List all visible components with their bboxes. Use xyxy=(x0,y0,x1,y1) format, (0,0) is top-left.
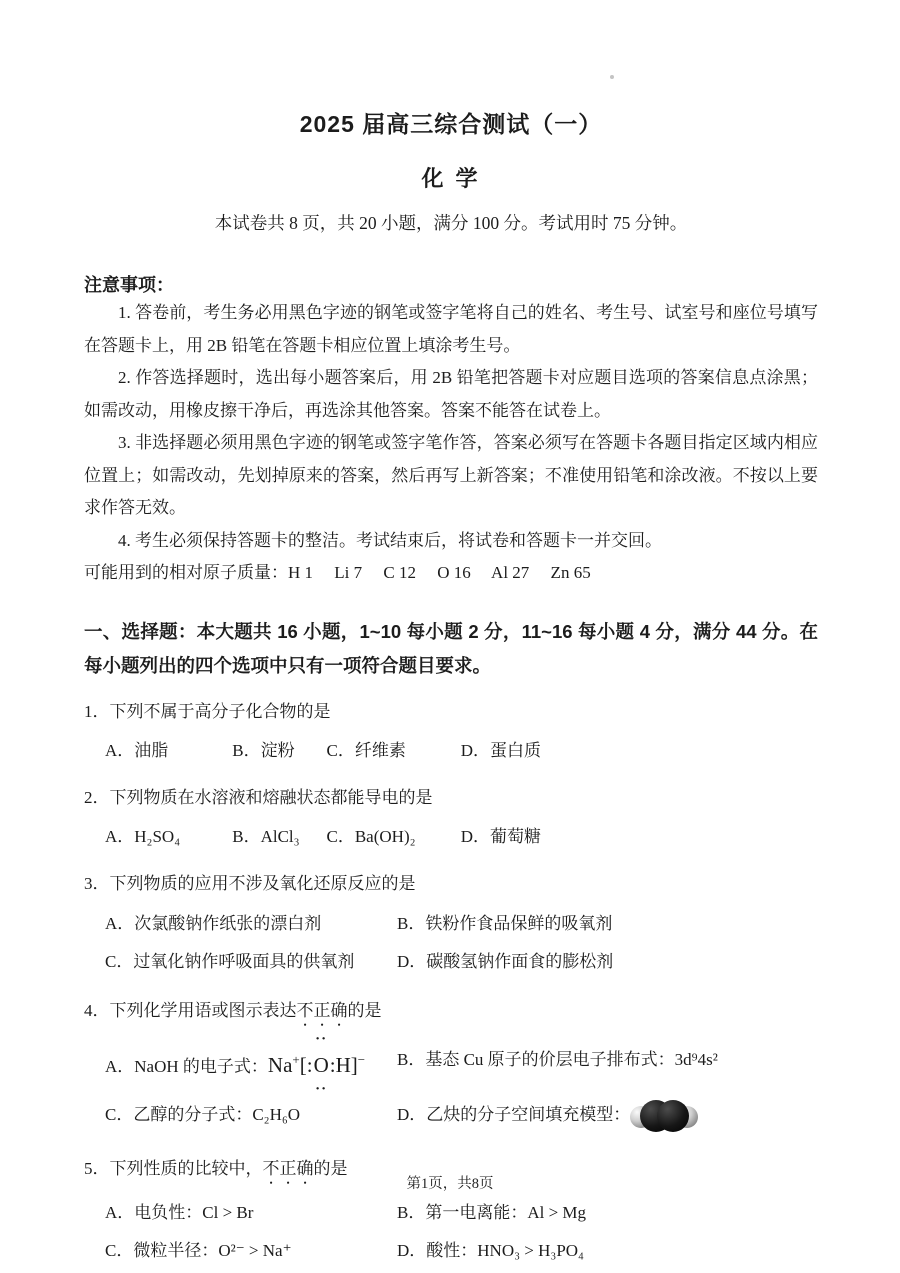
option-d: D．蛋白质 xyxy=(461,734,541,768)
option-b: B．第一电离能：Al > Mg xyxy=(397,1194,818,1232)
question-text: 下列化学用语或图示表达 xyxy=(110,1001,297,1020)
option-b: B．铁粉作食品保鲜的吸氧剂 xyxy=(397,905,818,943)
question-stem: 1．下列不属于高分子化合物的是 xyxy=(84,697,818,727)
question-number: 3． xyxy=(84,869,110,899)
question-3: 3．下列物质的应用不涉及氧化还原反应的是 A．次氯酸钠作纸张的漂白剂 B．铁粉作… xyxy=(84,869,818,981)
question-stem: 3．下列物质的应用不涉及氧化还原反应的是 xyxy=(84,869,818,899)
exam-meta: 本试卷共 8 页，共 20 小题，满分 100 分。考试用时 75 分钟。 xyxy=(84,210,818,235)
atomic-mass-line: 可能用到的相对原子质量：H 1 Li 7 C 12 O 16 Al 27 Zn … xyxy=(84,557,818,589)
option-d: D．乙炔的分子空间填充模型： xyxy=(397,1091,818,1139)
formula-bracket-open: [: xyxy=(300,1053,313,1077)
lone-pair-dots-top: ·· xyxy=(315,1032,327,1047)
option-c: C．过氧化钠作呼吸面具的供氧剂 xyxy=(105,943,397,981)
option-label: D．乙炔的分子空间填充模型： xyxy=(397,1105,630,1124)
option-a: A．电负性：Cl > Br xyxy=(105,1194,397,1232)
formula-minus-charge: − xyxy=(358,1052,365,1067)
options-row: A．油脂 B．淀粉 C．纤维素 D．蛋白质 xyxy=(84,734,818,768)
atomic-mass-label: 可能用到的相对原子质量： xyxy=(84,563,288,582)
option-a: A．H₂SO₄ xyxy=(105,820,228,854)
option-c: C．微粒半径：O²⁻ > Na⁺ xyxy=(105,1232,397,1270)
notice-item-2: 2. 作答选择题时，选出每小题答案后，用 2B 铅笔把答题卡对应题目选项的答案信… xyxy=(84,362,818,427)
lone-pair-dots-bottom: ·· xyxy=(315,1082,327,1097)
naoh-electron-formula: Na+[:··O··:H]− xyxy=(268,1053,365,1077)
formula-na: Na xyxy=(268,1053,293,1077)
question-text: 下列不属于高分子化合物的是 xyxy=(110,702,331,721)
notice-heading: 注意事项： xyxy=(84,271,818,297)
notice-item-3: 3. 非选择题必须用黑色字迹的钢笔或签字笔作答，答案必须写在答题卡各题目指定区域… xyxy=(84,427,818,525)
oxygen-with-lone-pairs: ··O·· xyxy=(313,1041,330,1089)
section-heading: 一、选择题：本大题共 16 小题，1~10 每小题 2 分，11~16 每小题 … xyxy=(84,615,818,682)
question-text: 下列物质在水溶液和熔融状态都能导电的是 xyxy=(110,788,433,807)
option-label: A．NaOH 的电子式： xyxy=(105,1057,268,1076)
question-number: 4． xyxy=(84,996,110,1026)
option-d: D．葡萄糖 xyxy=(461,820,541,854)
notice-item-4: 4. 考生必须保持答题卡的整洁。考试结束后，将试卷和答题卡一并交回。 xyxy=(84,525,818,558)
question-1: 1．下列不属于高分子化合物的是 A．油脂 B．淀粉 C．纤维素 D．蛋白质 xyxy=(84,697,818,768)
option-b: B．淀粉 xyxy=(232,734,322,768)
option-a: A．次氯酸钠作纸张的漂白剂 xyxy=(105,905,397,943)
notice-item-1: 1. 答卷前，考生务必用黑色字迹的钢笔或签字笔将自己的姓名、考生号、试室号和座位… xyxy=(84,297,818,362)
option-b: B．AlCl₃ xyxy=(232,820,322,854)
question-4: 4．下列化学用语或图示表达不正确的是 A．NaOH 的电子式：Na+[:··O·… xyxy=(84,996,818,1139)
option-a: A．NaOH 的电子式：Na+[:··O··:H]− xyxy=(105,1036,397,1091)
subject-title: 化 学 xyxy=(84,162,818,193)
scan-speck xyxy=(610,75,614,79)
question-stem: 4．下列化学用语或图示表达不正确的是 xyxy=(84,996,818,1030)
question-text: 的是 xyxy=(348,1001,382,1020)
question-2: 2．下列物质在水溶液和熔融状态都能导电的是 A．H₂SO₄ B．AlCl₃ C．… xyxy=(84,783,818,854)
page-content: 2025 届高三综合测试（一） 化 学 本试卷共 8 页，共 20 小题，满分 … xyxy=(0,0,900,1270)
exam-page: 2025 届高三综合测试（一） 化 学 本试卷共 8 页，共 20 小题，满分 … xyxy=(0,0,900,1273)
options-grid: A．NaOH 的电子式：Na+[:··O··:H]− B．基态 Cu 原子的价层… xyxy=(84,1036,818,1139)
options-grid: A．电负性：Cl > Br B．第一电离能：Al > Mg C．微粒半径：O²⁻… xyxy=(84,1194,818,1270)
option-c: C．乙醇的分子式：C₂H₆O xyxy=(105,1091,397,1139)
option-d: D．酸性：HNO₃ > H₃PO₄ xyxy=(397,1232,818,1270)
option-b: B．基态 Cu 原子的价层电子排布式：3d⁹4s² xyxy=(397,1036,818,1091)
formula-bracket-close: :H] xyxy=(330,1053,358,1077)
question-text: 下列物质的应用不涉及氧化还原反应的是 xyxy=(110,874,416,893)
question-number: 1． xyxy=(84,697,110,727)
formula-plus-charge: + xyxy=(292,1052,299,1067)
question-number: 2． xyxy=(84,783,110,813)
notice-section: 注意事项： 1. 答卷前，考生务必用黑色字迹的钢笔或签字笔将自己的姓名、考生号、… xyxy=(84,271,818,557)
option-c: C．纤维素 xyxy=(327,734,457,768)
options-row: A．H₂SO₄ B．AlCl₃ C．Ba(OH)₂ D．葡萄糖 xyxy=(84,820,818,854)
option-a: A．油脂 xyxy=(105,734,228,768)
page-footer: 第1页，共8页 xyxy=(0,1172,900,1193)
option-d: D．碳酸氢钠作面食的膨松剂 xyxy=(397,943,818,981)
emphasized-text: 不正确 xyxy=(297,1001,348,1020)
question-stem: 2．下列物质在水溶液和熔融状态都能导电的是 xyxy=(84,783,818,813)
acetylene-space-filling-model xyxy=(630,1098,698,1134)
options-grid: A．次氯酸钠作纸张的漂白剂 B．铁粉作食品保鲜的吸氧剂 C．过氧化钠作呼吸面具的… xyxy=(84,905,818,981)
formula-o: O xyxy=(314,1053,329,1077)
exam-title: 2025 届高三综合测试（一） xyxy=(84,106,818,139)
atomic-mass-values: H 1 Li 7 C 12 O 16 Al 27 Zn 65 xyxy=(288,563,591,582)
option-c: C．Ba(OH)₂ xyxy=(327,820,457,854)
